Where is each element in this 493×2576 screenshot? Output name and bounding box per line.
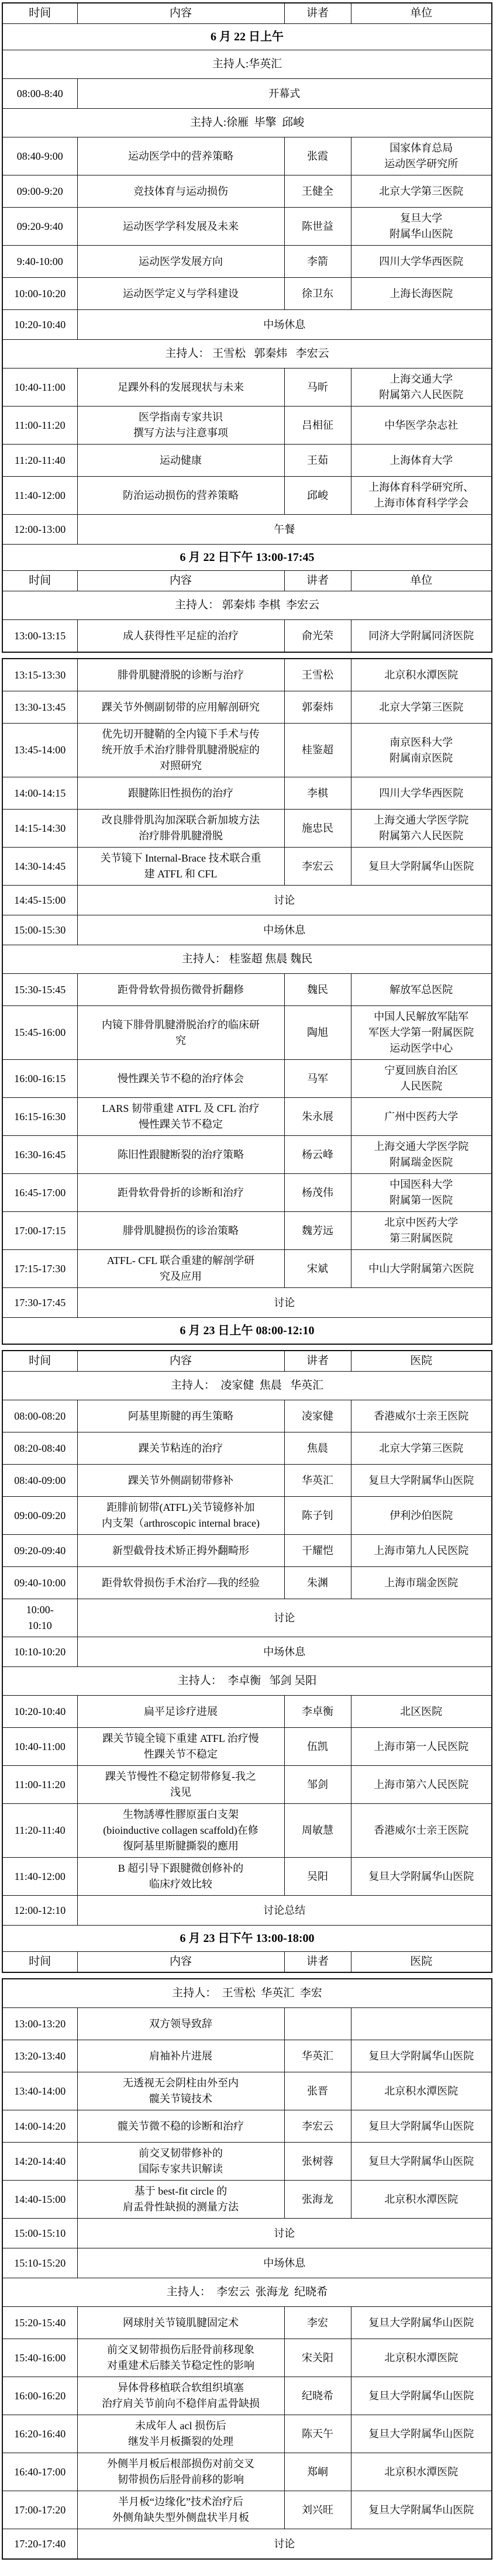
talk-title: 运动医学发展方向 (77, 246, 284, 278)
time-cell: 13:15-13:30 (2, 659, 77, 691)
speaker-name: 凌家健 (284, 1400, 351, 1432)
column-header-content: 内容 (77, 3, 284, 24)
time-cell: 16:00-16:20 (2, 2377, 77, 2415)
row-talk: 16:20-16:40未成年人 acl 损伤后 继发半月板撕裂的处理陈天午复旦大… (2, 2415, 492, 2453)
talk-title: 前交叉韧带修补的 国际专家共识解读 (77, 2143, 284, 2181)
talk-title: 阿基里斯腱的再生策略 (77, 1400, 284, 1432)
row-chair: 主持人： 王雪松 郭秦炜 李宏云 (2, 340, 492, 369)
schedule-table-fragment: 13:15-13:30腓骨肌腱滑脱的诊断与治疗王雪松北京积水潭医院13:30-1… (2, 658, 492, 1345)
speaker-name: 干耀恺 (284, 1535, 351, 1567)
org-name (351, 2008, 492, 2040)
speaker-name: 刘兴旺 (284, 2491, 351, 2529)
session-date-title: 6 月 22 日上午 (2, 24, 492, 50)
talk-title: 新型截骨技术矫正拇外翻畸形 (77, 1535, 284, 1567)
org-name: 复旦大学附属华山医院 (351, 2307, 492, 2339)
org-name: 中国人民解放军陆军 军医大学第一附属医院 运动医学中心 (351, 1006, 492, 1060)
time-cell: 15:10-15:20 (2, 2248, 77, 2278)
talk-title: 网球肘关节镜肌腱固定术 (77, 2307, 284, 2339)
row-talk: 11:40-12:00防治运动损伤的营养策略邱峻上海体育科学研究所、 上海市体育… (2, 477, 492, 515)
org-name: 上海体育大学 (351, 445, 492, 477)
break-label: 讨论总结 (77, 1896, 492, 1926)
speaker-name: 李卓衡 (284, 1696, 351, 1728)
row-span: 10:10-10:20中场休息 (2, 1637, 492, 1667)
time-cell: 14:45-15:00 (2, 886, 77, 915)
speaker-name: 张霞 (284, 137, 351, 175)
row-head: 时间内容讲者单位 (2, 3, 492, 24)
org-name: 复旦大学附属华山医院 (351, 2040, 492, 2072)
time-cell: 10:00- 10:10 (2, 1599, 77, 1637)
talk-title: 距骨软骨损伤手术治疗—我的经验 (77, 1567, 284, 1599)
row-talk: 08:20-08:40踝关节粘连的治疗焦晨北京大学第三医院 (2, 1432, 492, 1465)
org-name: 北京积水潭医院 (351, 659, 492, 691)
time-cell: 15:20-15:40 (2, 2307, 77, 2339)
row-talk: 14:30-14:45关节镜下 Internal-Brace 技术联合重 建 A… (2, 848, 492, 886)
chairs-label: 主持人:徐雁 毕擎 邱峻 (2, 109, 492, 137)
talk-title: 距骨软骨骨折的诊断和治疗 (77, 1174, 284, 1212)
row-head: 时间内容讲者单位 (2, 571, 492, 591)
org-name: 复旦大学附属华山医院 (351, 2110, 492, 2143)
chairs-label: 主持人： 王雪松 郭秦炜 李宏云 (2, 340, 492, 369)
row-talk: 11:00-11:20踝关节慢性不稳定韧带修复-我之 浅见邹剑上海市第六人民医院 (2, 1766, 492, 1804)
speaker-name: 杨茂伟 (284, 1174, 351, 1212)
schedule-table-fragment: 主持人： 王雪松 华英汇 李宏13:00-13:20双方领导致辞13:20-13… (2, 1978, 492, 2560)
talk-title: 防治运动损伤的营养策略 (77, 477, 284, 515)
row-span: 15:10-15:20中场休息 (2, 2248, 492, 2278)
column-header-time: 时间 (2, 1952, 77, 1973)
org-name: 中山大学附属第六医院 (351, 1250, 492, 1288)
time-cell: 12:00-13:00 (2, 515, 77, 545)
row-talk: 08:40-09:00踝关节外侧副韧带修补华英汇复旦大学附属华山医院 (2, 1465, 492, 1497)
row-chair: 主持人： 郭秦炜 李棋 李宏云 (2, 591, 492, 620)
org-name: 北京大学第三医院 (351, 691, 492, 724)
org-name: 上海体育科学研究所、 上海市体育科学学会 (351, 477, 492, 515)
row-talk: 13:45-14:00优先切开腱鞘的全内镜下手术与传 统开放手术治疗腓骨肌腱滑脱… (2, 724, 492, 777)
row-head: 时间内容讲者医院 (2, 1952, 492, 1973)
time-cell: 14:15-14:30 (2, 810, 77, 848)
time-cell: 08:40-09:00 (2, 1465, 77, 1497)
talk-title: 腓骨肌腱损伤的诊治策略 (77, 1212, 284, 1250)
talk-title: 生物誘導性膠原蛋白支架 (bioinductive collagen scaff… (77, 1804, 284, 1858)
row-chair: 主持人： 凌家健 焦晨 华英汇 (2, 1372, 492, 1400)
time-cell: 15:40-16:00 (2, 2339, 77, 2377)
org-name: 北京大学第三医院 (351, 1432, 492, 1465)
row-talk: 10:20-10:40扁平足诊疗进展李卓衡北区医院 (2, 1696, 492, 1728)
conference-program-page: { "page": { "background_color": "#ffffff… (0, 0, 493, 2563)
row-talk: 14:15-14:30改良腓骨肌沟加深联合新加坡方法 治疗腓骨肌腱滑脱施忠民上海… (2, 810, 492, 848)
speaker-name: 李棋 (284, 777, 351, 810)
speaker-name: 吴阳 (284, 1858, 351, 1896)
row-section: 6 月 22 日下午 13:00-17:45 (2, 545, 492, 571)
org-name: 复旦大学附属华山医院 (351, 1858, 492, 1896)
talk-title: 足踝外科的发展现状与未来 (77, 369, 284, 407)
time-cell: 11:00-11:20 (2, 1766, 77, 1804)
org-name: 复旦大学附属华山医院 (351, 2491, 492, 2529)
row-talk: 11:20-11:40生物誘導性膠原蛋白支架 (bioinductive col… (2, 1804, 492, 1858)
org-name: 北京积水潭医院 (351, 2072, 492, 2110)
talk-title: 成人获得性平足症的治疗 (77, 620, 284, 653)
talk-title: ATFL- CFL 联合重建的解剖学研 究及应用 (77, 1250, 284, 1288)
row-talk: 10:40-11:00足踝外科的发展现状与未来马昕上海交通大学 附属第六人民医院 (2, 369, 492, 407)
time-cell: 09:40-10:00 (2, 1567, 77, 1599)
chairs-label: 主持人： 王雪松 华英汇 李宏 (2, 1979, 492, 2008)
speaker-name: 郭秦炜 (284, 691, 351, 724)
talk-title: 无透视无会阴柱由外至内 髋关节镜技术 (77, 2072, 284, 2110)
row-chair: 主持人： 李宏云 张海龙 纪晓希 (2, 2278, 492, 2307)
column-header-time: 时间 (2, 571, 77, 591)
row-talk: 17:00-17:20半月板“边缘化”技术治疗后 外侧角缺失型外侧盘状半月板刘兴… (2, 2491, 492, 2529)
row-span: 12:00-12:10讨论总结 (2, 1896, 492, 1926)
org-name: 上海市第一人民医院 (351, 1728, 492, 1766)
org-name: 香港威尔士亲王医院 (351, 1400, 492, 1432)
time-cell: 08:00-8:40 (2, 79, 77, 109)
talk-title: 外侧半月板后根部损伤对前交叉 韧带损伤后胫骨前移的影响 (77, 2453, 284, 2491)
time-cell: 09:00-9:20 (2, 175, 77, 208)
talk-title: 异体骨移植联合软组织填塞 治疗肩关节前向不稳伴肩盂骨缺损 (77, 2377, 284, 2415)
speaker-name: 施忠民 (284, 810, 351, 848)
talk-title: 双方领导致辞 (77, 2008, 284, 2040)
org-name: 上海交通大学 附属第六人民医院 (351, 369, 492, 407)
org-name: 南京医科大学 附属南京医院 (351, 724, 492, 777)
org-name: 复旦大学附属华山医院 (351, 2143, 492, 2181)
time-cell: 10:40-11:00 (2, 369, 77, 407)
row-talk: 13:20-13:40肩袖补片进展华英汇复旦大学附属华山医院 (2, 2040, 492, 2072)
row-talk: 15:20-15:40网球肘关节镜肌腱固定术李宏复旦大学附属华山医院 (2, 2307, 492, 2339)
org-name: 北京积水潭医院 (351, 2339, 492, 2377)
break-label: 中场休息 (77, 1637, 492, 1667)
column-header-content: 内容 (77, 571, 284, 591)
time-cell: 13:45-14:00 (2, 724, 77, 777)
break-label: 开幕式 (77, 79, 492, 109)
row-talk: 09:20-09:40新型截骨技术矫正拇外翻畸形干耀恺上海市第九人民医院 (2, 1535, 492, 1567)
org-name: 四川大学华西医院 (351, 777, 492, 810)
speaker-name: 周敏慧 (284, 1804, 351, 1858)
org-name: 复旦大学附属华山医院 (351, 848, 492, 886)
time-cell: 17:00-17:20 (2, 2491, 77, 2529)
speaker-name: 李箭 (284, 246, 351, 278)
speaker-name: 李宏 (284, 2307, 351, 2339)
talk-title: 腓骨肌腱滑脱的诊断与治疗 (77, 659, 284, 691)
row-span: 14:45-15:00讨论 (2, 886, 492, 915)
chairs-label: 主持人： 李宏云 张海龙 纪晓希 (2, 2278, 492, 2307)
org-name: 中国医科大学 附属第一医院 (351, 1174, 492, 1212)
row-talk: 09:20-9:40运动医学学科发展及未来陈世益复旦大学 附属华山医院 (2, 208, 492, 246)
org-name: 同济大学附属同济医院 (351, 620, 492, 653)
row-talk: 09:40-10:00距骨软骨损伤手术治疗—我的经验朱渊上海市瑞金医院 (2, 1567, 492, 1599)
session-date-title: 6 月 23 日上午 08:00-12:10 (2, 1318, 492, 1345)
talk-title: 踝关节外侧副韧带修补 (77, 1465, 284, 1497)
speaker-name: 华英汇 (284, 1465, 351, 1497)
time-cell: 15:00-15:30 (2, 915, 77, 945)
talk-title: 跟腱陈旧性损伤的治疗 (77, 777, 284, 810)
time-cell: 14:00-14:20 (2, 2110, 77, 2143)
row-talk: 13:15-13:30腓骨肌腱滑脱的诊断与治疗王雪松北京积水潭医院 (2, 659, 492, 691)
schedule-table-fragment: 时间内容讲者医院主持人： 凌家健 焦晨 华英汇08:00-08:20阿基里斯腱的… (2, 1350, 492, 1973)
row-span: 17:30-17:45讨论 (2, 1288, 492, 1318)
row-talk: 16:45-17:00距骨软骨骨折的诊断和治疗杨茂伟中国医科大学 附属第一医院 (2, 1174, 492, 1212)
time-cell: 11:20-11:40 (2, 445, 77, 477)
time-cell: 11:40-12:00 (2, 1858, 77, 1896)
speaker-name: 魏芳远 (284, 1212, 351, 1250)
speaker-name: 杨云峰 (284, 1136, 351, 1174)
time-cell: 10:20-10:40 (2, 310, 77, 340)
time-cell: 13:40-14:00 (2, 2072, 77, 2110)
column-header-org: 医院 (351, 1351, 492, 1372)
time-cell: 15:00-15:10 (2, 2219, 77, 2248)
speaker-name: 魏民 (284, 974, 351, 1006)
schedule: 时间内容讲者单位6 月 22 日上午主持人:华英汇08:00-8:40开幕式主持… (0, 0, 493, 2563)
row-talk: 13:00-13:15成人获得性平足症的治疗俞光荣同济大学附属同济医院 (2, 620, 492, 653)
time-cell: 09:20-9:40 (2, 208, 77, 246)
speaker-name: 陈天午 (284, 2415, 351, 2453)
row-talk: 11:40-12:00B 超引导下跟腱微创修补的 临床疗效比较吴阳复旦大学附属华… (2, 1858, 492, 1896)
talk-title: 慢性踝关节不稳的治疗体会 (77, 1060, 284, 1098)
time-cell: 09:00-09:20 (2, 1497, 77, 1535)
row-talk: 09:00-09:20距腓前韧带(ATFL)关节镜修补加 内支架（arthros… (2, 1497, 492, 1535)
time-cell: 15:30-15:45 (2, 974, 77, 1006)
speaker-name: 王茹 (284, 445, 351, 477)
time-cell: 16:20-16:40 (2, 2415, 77, 2453)
org-name: 广州中医药大学 (351, 1098, 492, 1136)
row-talk: 08:40-9:00运动医学中的营养策略张霞国家体育总局 运动医学研究所 (2, 137, 492, 175)
column-header-content: 内容 (77, 1952, 284, 1973)
time-cell: 11:00-11:20 (2, 407, 77, 445)
break-label: 午餐 (77, 515, 492, 545)
speaker-name: 宋斌 (284, 1250, 351, 1288)
org-name: 上海市瑞金医院 (351, 1567, 492, 1599)
speaker-name: 陶旭 (284, 1006, 351, 1060)
row-span: 12:00-13:00午餐 (2, 515, 492, 545)
time-cell: 11:20-11:40 (2, 1804, 77, 1858)
row-talk: 16:30-16:45陈旧性跟腱断裂的治疗策略杨云峰上海交通大学医学院 附属瑞金… (2, 1136, 492, 1174)
time-cell: 17:00-17:15 (2, 1212, 77, 1250)
talk-title: 扁平足诊疗进展 (77, 1696, 284, 1728)
row-chair: 主持人： 李卓衡 邹剑 吴阳 (2, 1667, 492, 1696)
row-talk: 14:00-14:15跟腱陈旧性损伤的治疗李棋四川大学华西医院 (2, 777, 492, 810)
speaker-name: 张树蓉 (284, 2143, 351, 2181)
talk-title: 踝关节镜全镜下重建 ATFL 治疗慢 性踝关节不稳定 (77, 1728, 284, 1766)
row-talk: 08:00-08:20阿基里斯腱的再生策略凌家健香港威尔士亲王医院 (2, 1400, 492, 1432)
org-name: 中华医学杂志社 (351, 407, 492, 445)
column-header-speaker: 讲者 (284, 1952, 351, 1973)
row-talk: 11:20-11:40运动健康王茹上海体育大学 (2, 445, 492, 477)
speaker-name: 桂鉴超 (284, 724, 351, 777)
time-cell: 14:00-14:15 (2, 777, 77, 810)
speaker-name: 华英汇 (284, 2040, 351, 2072)
org-name: 香港威尔士亲王医院 (351, 1804, 492, 1858)
talk-title: 半月板“边缘化”技术治疗后 外侧角缺失型外侧盘状半月板 (77, 2491, 284, 2529)
org-name: 北京中医药大学 第三附属医院 (351, 1212, 492, 1250)
time-cell: 10:00-10:20 (2, 278, 77, 310)
speaker-name: 张晋 (284, 2072, 351, 2110)
time-cell: 12:00-12:10 (2, 1896, 77, 1926)
column-header-speaker: 讲者 (284, 3, 351, 24)
row-talk: 13:00-13:20双方领导致辞 (2, 2008, 492, 2040)
row-talk: 15:45-16:00内镜下腓骨肌腱滑脱治疗的临床研 究陶旭中国人民解放军陆军 … (2, 1006, 492, 1060)
speaker-name: 纪晓希 (284, 2377, 351, 2415)
talk-title: 运动医学学科发展及未来 (77, 208, 284, 246)
time-cell: 13:00-13:15 (2, 620, 77, 653)
org-name: 复旦大学附属华山医院 (351, 2377, 492, 2415)
row-chair: 主持人： 王雪松 华英汇 李宏 (2, 1979, 492, 2008)
row-talk: 9:40-10:00运动医学发展方向李箭四川大学华西医院 (2, 246, 492, 278)
time-cell: 16:00-16:15 (2, 1060, 77, 1098)
talk-title: 陈旧性跟腱断裂的治疗策略 (77, 1136, 284, 1174)
column-header-org: 单位 (351, 571, 492, 591)
break-label: 中场休息 (77, 915, 492, 945)
row-section: 6 月 23 日上午 08:00-12:10 (2, 1318, 492, 1345)
org-name: 北京积水潭医院 (351, 2181, 492, 2219)
row-talk: 13:30-13:45踝关节外侧副韧带的应用解剖研究郭秦炜北京大学第三医院 (2, 691, 492, 724)
break-label: 中场休息 (77, 2248, 492, 2278)
talk-title: 踝关节外侧副韧带的应用解剖研究 (77, 691, 284, 724)
chairs-label: 主持人： 李卓衡 邹剑 吴阳 (2, 1667, 492, 1696)
row-talk: 17:00-17:15腓骨肌腱损伤的诊治策略魏芳远北京中医药大学 第三附属医院 (2, 1212, 492, 1250)
talk-title: 内镜下腓骨肌腱滑脱治疗的临床研 究 (77, 1006, 284, 1060)
org-name: 北京积水潭医院 (351, 2453, 492, 2491)
row-span: 08:00-8:40开幕式 (2, 79, 492, 109)
org-name: 复旦大学附属华山医院 (351, 2415, 492, 2453)
time-cell: 10:10-10:20 (2, 1637, 77, 1667)
speaker-name: 吕相征 (284, 407, 351, 445)
row-talk: 09:00-9:20竞技体育与运动损伤王健全北京大学第三医院 (2, 175, 492, 208)
chairs-label: 主持人:华英汇 (2, 50, 492, 79)
row-talk: 17:15-17:30ATFL- CFL 联合重建的解剖学研 究及应用宋斌中山大… (2, 1250, 492, 1288)
speaker-name (284, 2008, 351, 2040)
row-span: 10:00- 10:10讨论 (2, 1599, 492, 1637)
row-talk: 10:00-10:20运动医学定义与学科建设徐卫东上海长海医院 (2, 278, 492, 310)
row-talk: 14:20-14:40前交叉韧带修补的 国际专家共识解读张树蓉复旦大学附属华山医… (2, 2143, 492, 2181)
break-label: 讨论 (77, 1288, 492, 1318)
break-label: 讨论 (77, 2219, 492, 2248)
speaker-name: 朱永展 (284, 1098, 351, 1136)
org-name: 复旦大学附属华山医院 (351, 1465, 492, 1497)
org-name: 国家体育总局 运动医学研究所 (351, 137, 492, 175)
talk-title: 运动健康 (77, 445, 284, 477)
break-label: 讨论 (77, 886, 492, 915)
org-name: 复旦大学 附属华山医院 (351, 208, 492, 246)
row-talk: 11:00-11:20医学指南专家共识 撰写方法与注意事项吕相征中华医学杂志社 (2, 407, 492, 445)
column-header-org: 医院 (351, 1952, 492, 1973)
break-label: 讨论 (77, 1599, 492, 1637)
time-cell: 10:20-10:40 (2, 1696, 77, 1728)
speaker-name: 张海龙 (284, 2181, 351, 2219)
time-cell: 16:40-17:00 (2, 2453, 77, 2491)
speaker-name: 邹剑 (284, 1766, 351, 1804)
time-cell: 14:20-14:40 (2, 2143, 77, 2181)
time-cell: 16:15-16:30 (2, 1098, 77, 1136)
break-label: 中场休息 (77, 310, 492, 340)
chairs-label: 主持人： 郭秦炜 李棋 李宏云 (2, 591, 492, 620)
column-header-content: 内容 (77, 1351, 284, 1372)
org-name: 上海市第六人民医院 (351, 1766, 492, 1804)
row-span: 15:00-15:10讨论 (2, 2219, 492, 2248)
speaker-name: 马军 (284, 1060, 351, 1098)
time-cell: 11:40-12:00 (2, 477, 77, 515)
talk-title: 前交叉韧带损伤后胫骨前移现象 对重建术后膝关节稳定性的影响 (77, 2339, 284, 2377)
speaker-name: 陈子钊 (284, 1497, 351, 1535)
talk-title: 踝关节慢性不稳定韧带修复-我之 浅见 (77, 1766, 284, 1804)
time-cell: 14:40-15:00 (2, 2181, 77, 2219)
time-cell: 10:40-11:00 (2, 1728, 77, 1766)
row-chair: 主持人:徐雁 毕擎 邱峻 (2, 109, 492, 137)
row-talk: 15:30-15:45距骨骨软骨损伤微骨折翻修魏民解放军总医院 (2, 974, 492, 1006)
row-span: 17:20-17:40讨论 (2, 2529, 492, 2560)
time-cell: 9:40-10:00 (2, 246, 77, 278)
org-name: 四川大学华西医院 (351, 246, 492, 278)
org-name: 伊利沙伯医院 (351, 1497, 492, 1535)
talk-title: 未成年人 acl 损伤后 继发半月板撕裂的处理 (77, 2415, 284, 2453)
time-cell: 17:15-17:30 (2, 1250, 77, 1288)
row-chair: 主持人： 桂鉴超 焦晨 魏民 (2, 945, 492, 974)
org-name: 解放军总医院 (351, 974, 492, 1006)
talk-title: 肩袖补片进展 (77, 2040, 284, 2072)
row-section: 6 月 23 日下午 13:00-18:00 (2, 1926, 492, 1952)
speaker-name: 宋关阳 (284, 2339, 351, 2377)
time-cell: 13:20-13:40 (2, 2040, 77, 2072)
time-cell: 09:20-09:40 (2, 1535, 77, 1567)
time-cell: 16:30-16:45 (2, 1136, 77, 1174)
speaker-name: 郑峒 (284, 2453, 351, 2491)
talk-title: 改良腓骨肌沟加深联合新加坡方法 治疗腓骨肌腱滑脱 (77, 810, 284, 848)
row-talk: 14:40-15:00基于 best-fit circle 的 肩盂骨性缺损的测… (2, 2181, 492, 2219)
talk-title: 优先切开腱鞘的全内镜下手术与传 统开放手术治疗腓骨肌腱滑脱症的 对照研究 (77, 724, 284, 777)
org-name: 上海交通大学医学院 附属瑞金医院 (351, 1136, 492, 1174)
time-cell: 17:30-17:45 (2, 1288, 77, 1318)
row-talk: 13:40-14:00无透视无会阴柱由外至内 髋关节镜技术张晋北京积水潭医院 (2, 2072, 492, 2110)
column-header-time: 时间 (2, 1351, 77, 1372)
row-section: 6 月 22 日上午 (2, 24, 492, 50)
row-talk: 15:40-16:00前交叉韧带损伤后胫骨前移现象 对重建术后膝关节稳定性的影响… (2, 2339, 492, 2377)
row-talk: 16:00-16:15慢性踝关节不稳的治疗体会马军宁夏回族自治区 人民医院 (2, 1060, 492, 1098)
org-name: 宁夏回族自治区 人民医院 (351, 1060, 492, 1098)
row-talk: 16:00-16:20异体骨移植联合软组织填塞 治疗肩关节前向不稳伴肩盂骨缺损纪… (2, 2377, 492, 2415)
row-head: 时间内容讲者医院 (2, 1351, 492, 1372)
speaker-name: 焦晨 (284, 1432, 351, 1465)
time-cell: 15:45-16:00 (2, 1006, 77, 1060)
org-name: 北区医院 (351, 1696, 492, 1728)
time-cell: 08:40-9:00 (2, 137, 77, 175)
column-header-speaker: 讲者 (284, 571, 351, 591)
schedule-table-fragment: 时间内容讲者单位6 月 22 日上午主持人:华英汇08:00-8:40开幕式主持… (2, 2, 492, 653)
speaker-name: 伍凯 (284, 1728, 351, 1766)
speaker-name: 朱渊 (284, 1567, 351, 1599)
row-chair: 主持人:华英汇 (2, 50, 492, 79)
talk-title: B 超引导下跟腱微创修补的 临床疗效比较 (77, 1858, 284, 1896)
talk-title: 踝关节粘连的治疗 (77, 1432, 284, 1465)
column-header-time: 时间 (2, 3, 77, 24)
speaker-name: 徐卫东 (284, 278, 351, 310)
speaker-name: 李宏云 (284, 2110, 351, 2143)
talk-title: 基于 best-fit circle 的 肩盂骨性缺损的测量方法 (77, 2181, 284, 2219)
break-label: 讨论 (77, 2529, 492, 2560)
session-date-title: 6 月 23 日下午 13:00-18:00 (2, 1926, 492, 1952)
talk-title: 医学指南专家共识 撰写方法与注意事项 (77, 407, 284, 445)
speaker-name: 陈世益 (284, 208, 351, 246)
org-name: 上海市第九人民医院 (351, 1535, 492, 1567)
row-span: 10:20-10:40中场休息 (2, 310, 492, 340)
time-cell: 16:45-17:00 (2, 1174, 77, 1212)
row-talk: 16:15-16:30LARS 韧带重建 ATFL 及 CFL 治疗 慢性踝关节… (2, 1098, 492, 1136)
chairs-label: 主持人： 凌家健 焦晨 华英汇 (2, 1372, 492, 1400)
row-talk: 14:00-14:20髋关节微不稳的诊断和治疗李宏云复旦大学附属华山医院 (2, 2110, 492, 2143)
talk-title: 距腓前韧带(ATFL)关节镜修补加 内支架（arthroscopic inter… (77, 1497, 284, 1535)
talk-title: 距骨骨软骨损伤微骨折翻修 (77, 974, 284, 1006)
talk-title: 运动医学中的营养策略 (77, 137, 284, 175)
time-cell: 08:00-08:20 (2, 1400, 77, 1432)
org-name: 上海交通大学医学院 附属第六人民医院 (351, 810, 492, 848)
time-cell: 14:30-14:45 (2, 848, 77, 886)
speaker-name: 俞光荣 (284, 620, 351, 653)
